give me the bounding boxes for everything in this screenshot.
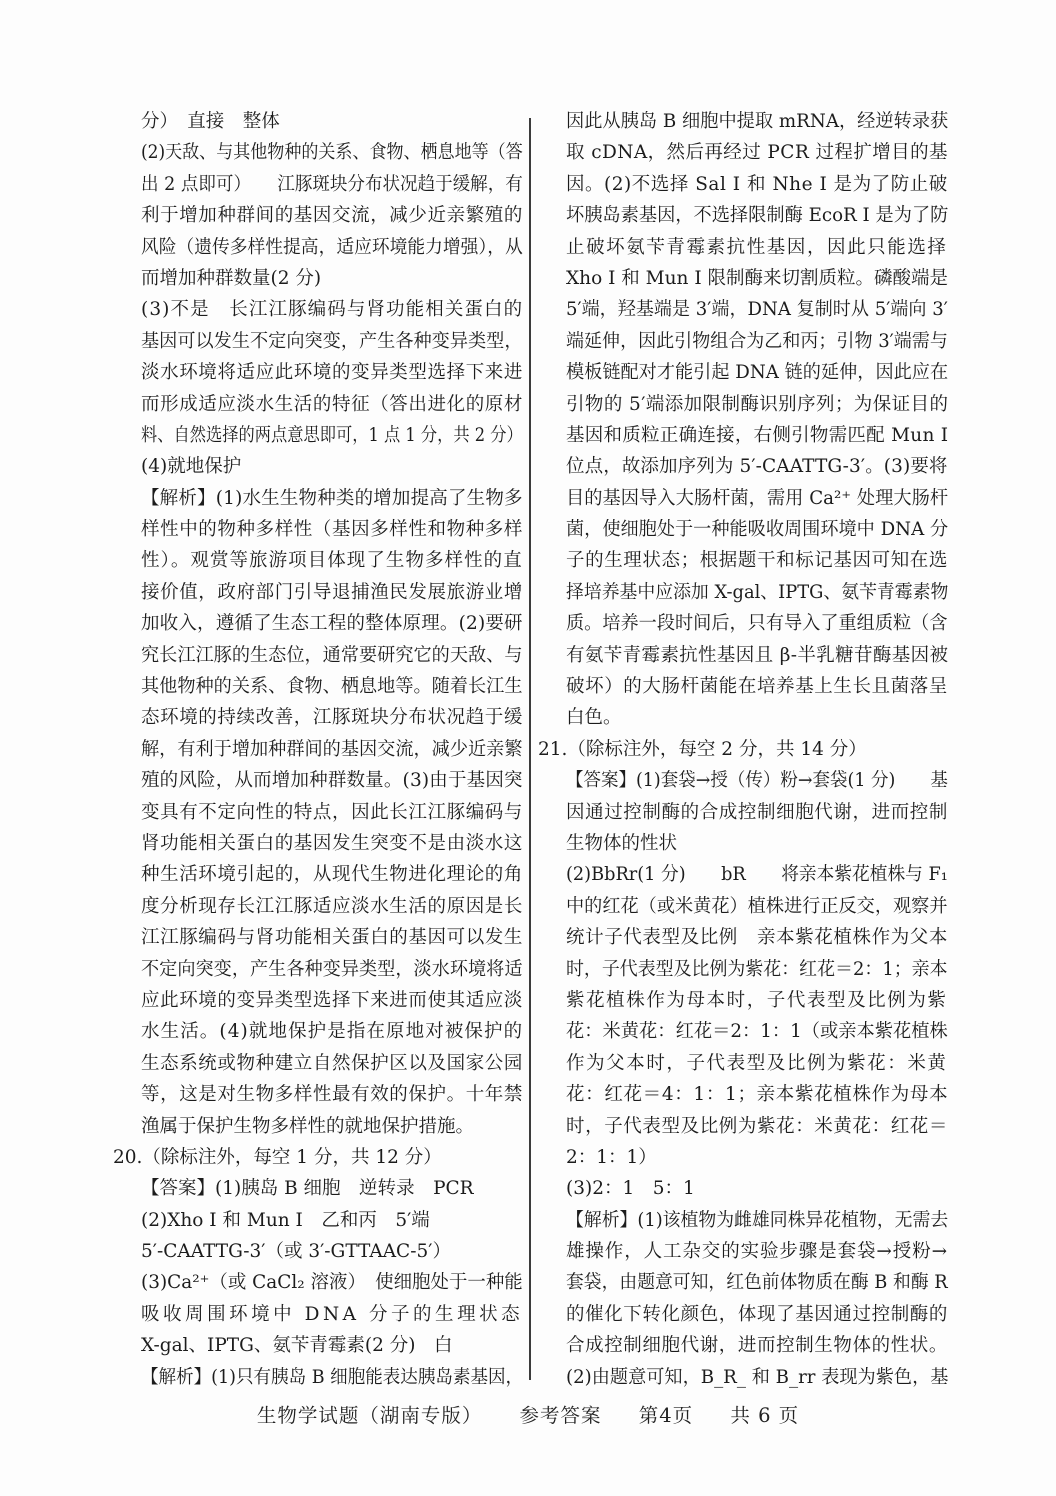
- text-line: (3)Ca²⁺（或 CaCl₂ 溶液） 使细胞处于一种能: [141, 1267, 522, 1298]
- text-line: 端延伸，因此引物组合为乙和丙；引物 3′端需与: [566, 326, 938, 357]
- text-line: 淡水环境将适应此环境的变异类型选择下来进: [141, 357, 523, 388]
- text-line: 作为父本时，子代表型及比例为紫花：米黄: [566, 1048, 948, 1079]
- answer-column-right: 因此从胰岛 B 细胞中提取 mRNA，经逆转录获取 cDNA，然后再经过 PCR…: [566, 106, 948, 1393]
- text-line: 态环境的持续改善，江豚斑块分布状况趋于缓: [141, 702, 523, 733]
- text-line: (2)天敌、与其他物种的关系、食物、栖息地等（答: [141, 137, 493, 168]
- text-line: 而增加种群数量(2 分): [141, 263, 523, 294]
- text-line: 吸收周围环境中 DNA 分子的生理状态: [141, 1299, 523, 1330]
- text-line: 究长江江豚的生态位，通常要研究它的天敌、与: [141, 640, 516, 671]
- text-line: 水生活。(4)就地保护是指在原地对被保护的: [141, 1016, 523, 1047]
- text-line: 【答案】(1)套袋→授（传）粉→套袋(1 分) 基: [566, 765, 927, 796]
- text-line: 统计子代表型及比例 亲本紫花植株作为父本: [566, 922, 948, 953]
- footer-title: 生物学试题（湖南专版）: [257, 1404, 483, 1427]
- text-line: 渔属于保护生物多样性的就地保护措施。: [141, 1111, 523, 1142]
- text-line: 2：1：1）: [566, 1142, 948, 1173]
- text-line: 时，子代表型及比例为紫花：米黄花：红花＝: [566, 1111, 948, 1142]
- text-line: 止破坏氨苄青霉素抗性基因，因此只能选择: [566, 232, 948, 263]
- text-line: 变具有不定向性的特点，因此长江江豚编码与: [141, 797, 523, 828]
- text-line: 位点，故添加序列为 5′-CAATTG-3′。(3)要将: [566, 451, 948, 482]
- text-line: 套袋，由题意可知，红色前体物质在酶 B 和酶 R: [566, 1267, 934, 1298]
- text-line: 因此从胰岛 B 细胞中提取 mRNA，经逆转录获: [566, 106, 942, 137]
- text-line: 21.（除标注外，每空 2 分，共 14 分）: [538, 734, 948, 765]
- text-line: 引物的 5′端添加限制酶识别序列；为保证目的: [566, 389, 948, 420]
- text-line: 其他物种的关系、食物、栖息地等。随着长江生: [141, 671, 516, 702]
- text-line: 基因和质粒正确连接，右侧引物需匹配 Mun Ⅰ: [566, 420, 948, 451]
- text-line: 5′端，羟基端是 3′端，DNA 复制时从 5′端向 3′: [566, 294, 939, 325]
- footer-total-pages: 共 6 页: [730, 1404, 799, 1427]
- text-line: 接价值，政府部门引导退捕渔民发展旅游业增: [141, 577, 523, 608]
- document-page: 分） 直接 整体(2)天敌、与其他物种的关系、食物、栖息地等（答出 2 点即可）…: [0, 0, 1056, 1496]
- text-line: 破坏）的大肠杆菌能在培养基上生长且菌落呈: [566, 671, 948, 702]
- text-line: 择培养基中应添加 X-gal、IPTG、氨苄青霉素物: [566, 577, 934, 608]
- text-line: 紫花植株作为母本时，子代表型及比例为紫: [566, 985, 948, 1016]
- text-line: 殖的风险，从而增加种群数量。(3)由于基因突: [141, 765, 523, 796]
- text-line: 因通过控制酶的合成控制细胞代谢，进而控制: [566, 797, 948, 828]
- text-line: 加收入，遵循了生态工程的整体原理。(2)要研: [141, 608, 523, 639]
- text-line: 时，子代表型及比例为紫花：红花＝2：1；亲本: [566, 954, 936, 985]
- text-line: 中的红花（或米黄花）植株进行正反交，观察并: [566, 891, 941, 922]
- answer-column-left: 分） 直接 整体(2)天敌、与其他物种的关系、食物、栖息地等（答出 2 点即可）…: [141, 106, 523, 1393]
- column-divider: [529, 118, 531, 1380]
- text-line: 【解析】(1)该植物为雌雄同株异花植物，无需去: [566, 1205, 934, 1236]
- text-line: 样性中的物种多样性（基因多样性和物种多样: [141, 514, 523, 545]
- text-line: 因。(2)不选择 Sal Ⅰ 和 Nhe Ⅰ 是为了防止破: [566, 169, 948, 200]
- text-line: 取 cDNA，然后再经过 PCR 过程扩增目的基: [566, 137, 948, 168]
- text-line: 雄操作，人工杂交的实验步骤是套袋→授粉→: [566, 1236, 948, 1267]
- text-line: 【解析】(1)水生生物种类的增加提高了生物多: [141, 483, 523, 514]
- text-line: 花：米黄花：红花＝2：1：1（或亲本紫花植株: [566, 1016, 943, 1047]
- text-line: (2)由题意可知，B_R_ 和 B_rr 表现为紫色，基: [566, 1362, 941, 1393]
- footer-page-number: 第4页: [639, 1404, 693, 1427]
- page-footer: 生物学试题（湖南专版） 参考答案 第4页 共 6 页: [0, 1400, 1056, 1428]
- text-line: 而形成适应淡水生活的特征（答出进化的原材: [141, 389, 523, 420]
- text-line: X-gal、IPTG、氨苄青霉素(2 分) 白: [141, 1330, 523, 1361]
- text-line: 坏胰岛素基因，不选择限制酶 EcoR Ⅰ 是为了防: [566, 200, 942, 231]
- text-line: 分） 直接 整体: [141, 106, 523, 137]
- text-line: 利于增加种群间的基因交流，减少近亲繁殖的: [141, 200, 523, 231]
- text-line: 江江豚编码与肾功能相关蛋白的基因可以发生: [141, 922, 523, 953]
- text-line: 等，这是对生物多样性最有效的保护。十年禁: [141, 1079, 523, 1110]
- text-line: 生物体的性状: [566, 828, 948, 859]
- text-line: 目的基因导入大肠杆菌，需用 Ca²⁺ 处理大肠杆: [566, 483, 943, 514]
- text-line: 白色。: [566, 702, 948, 733]
- text-line: (3)2：1 5：1: [566, 1173, 948, 1204]
- text-line: 种生活环境引起的，从现代生物进化理论的角: [141, 859, 523, 890]
- text-line: 【答案】(1)胰岛 B 细胞 逆转录 PCR: [141, 1173, 523, 1204]
- text-line: 菌，使细胞处于一种能吸收周围环境中 DNA 分: [566, 514, 941, 545]
- text-line: 质。培养一段时间后，只有导入了重组质粒（含: [566, 608, 941, 639]
- text-line: 的催化下转化颜色，体现了基因通过控制酶的: [566, 1299, 948, 1330]
- text-line: 风险（遗传多样性提高，适应环境能力增强），从: [141, 232, 508, 263]
- text-line: Xho Ⅰ 和 Mun Ⅰ 限制酶来切割质粒。磷酸端是: [566, 263, 948, 294]
- text-line: 解，有利于增加种群间的基因交流，减少近亲繁: [141, 734, 516, 765]
- text-line: 模板链配对才能引起 DNA 链的延伸，因此应在: [566, 357, 941, 388]
- text-line: 度分析现存长江江豚适应淡水生活的原因是长: [141, 891, 523, 922]
- text-line: (4)就地保护: [141, 451, 523, 482]
- text-line: 料、自然选择的两点意思即可，1 点 1 分，共 2 分）: [141, 420, 476, 451]
- text-line: 基因可以发生不定向突变，产生各种变异类型，: [141, 326, 516, 357]
- text-line: 出 2 点即可） 江豚斑块分布状况趋于缓解，有: [141, 169, 503, 200]
- text-line: (2)Xho Ⅰ 和 Mun Ⅰ 乙和丙 5′端: [141, 1205, 523, 1236]
- text-line: (3)不是 长江江豚编码与肾功能相关蛋白的: [141, 294, 523, 325]
- text-line: 花：红花＝4：1：1；亲本紫花植株作为母本: [566, 1079, 948, 1110]
- text-line: 子的生理状态；根据题干和标记基因可知在选: [566, 545, 948, 576]
- text-line: (2)BbRr(1 分) bR 将亲本紫花植株与 F₁: [566, 859, 932, 890]
- text-line: 生态系统或物种建立自然保护区以及国家公园: [141, 1048, 523, 1079]
- text-line: 肾功能相关蛋白的基因发生突变不是由淡水这: [141, 828, 523, 859]
- footer-label: 参考答案: [520, 1404, 602, 1427]
- text-line: 有氨苄青霉素抗性基因且 β-半乳糖苷酶基因被: [566, 640, 948, 671]
- text-line: 应此环境的变异类型选择下来进而使其适应淡: [141, 985, 523, 1016]
- text-line: 性）。观赏等旅游项目体现了生物多样性的直: [141, 545, 523, 576]
- text-line: 不定向突变，产生各种变异类型，淡水环境将适: [141, 954, 516, 985]
- text-line: 合成控制细胞代谢，进而控制生物体的性状。: [566, 1330, 948, 1361]
- text-line: 20.（除标注外，每空 1 分，共 12 分）: [113, 1142, 523, 1173]
- text-line: 5′-CAATTG-3′（或 3′-GTTAAC-5′）: [141, 1236, 523, 1267]
- text-line: 【解析】(1)只有胰岛 B 细胞能表达胰岛素基因，: [141, 1362, 503, 1393]
